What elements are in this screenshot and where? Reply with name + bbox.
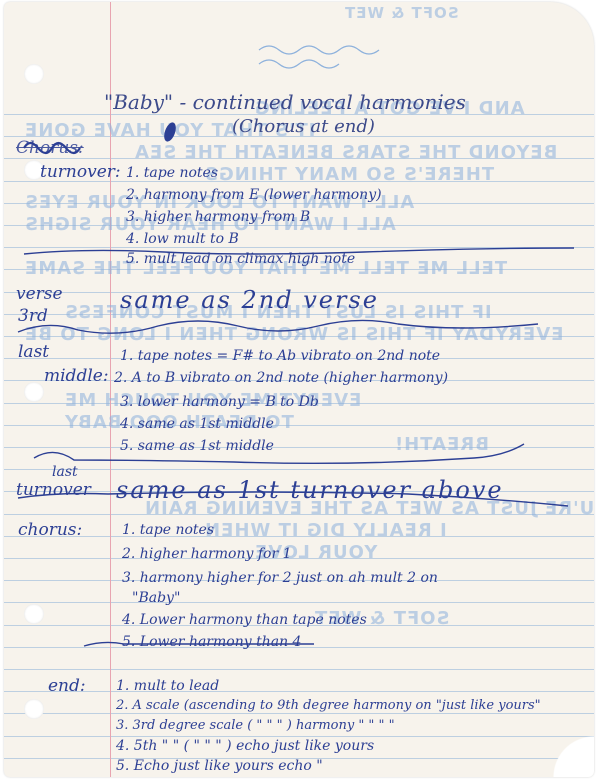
list-item: 1. tape notes = F# to Ab vibrato on 2nd … [120,348,440,364]
list-item: 5. same as 1st middle [120,438,274,454]
list-item: 2. A to B vibrato on 2nd note (higher ha… [114,370,448,386]
ruled-line [4,691,594,692]
bleed-line: BEYOND THE STARS BENEATH THE SEA [134,142,557,163]
section-label-verse: verse [16,284,63,304]
list-item: 3. lower harmony = B to Db [120,394,319,410]
section-text: same as 2nd verse [120,286,379,314]
list-item: 3. 3rd degree scale ( " " " ) harmony " … [116,718,395,733]
bleed-line: THERE'S SO MANY THINGS [204,164,494,185]
list-item: "Baby" [132,590,180,606]
bleed-line: I REALLY DIG IT WHEN [204,520,447,541]
list-item: 2. higher harmony for 1 [122,546,292,562]
notebook-page: SOFT & WET AND I'VE GOT A FEELING IT'S T… [4,2,594,777]
section-label-3rd: 3rd [18,306,48,326]
list-item: 5. Echo just like yours echo " [116,758,323,774]
section-label-last: last [18,342,49,362]
section-label-chorus: chorus: [18,520,82,540]
list-item: 5. Lower harmony than 4 [122,634,301,650]
bleed-line: EVERYDAY IF THIS IS WRONG THEN I LONG TO… [24,324,564,345]
list-item: 4. 5th " " ( " " " ) echo just like your… [116,738,374,754]
list-item: 1. tape notes [122,522,214,538]
list-item: 1. tape notes [126,165,218,181]
bleed-line: BREATH! [394,434,489,455]
binder-hole [24,699,44,719]
section-label-middle: middle: [44,366,109,386]
ruled-line [4,469,594,470]
page-title: "Baby" - continued vocal harmonies [104,90,466,114]
ruled-line [4,713,594,714]
reverse-header: SOFT & WET [344,4,459,22]
binder-hole [24,64,44,84]
list-item: 1. mult to lead [116,678,219,694]
binder-hole [24,604,44,624]
list-item: 4. Lower harmony than tape notes [122,612,367,628]
section-label-end: end: [48,676,86,696]
crossed-out-label: Chorus: [16,138,84,158]
ruled-line [4,669,594,670]
list-item: 4. low mult to B [126,231,239,247]
section-text: same as 1st turnover above [116,476,504,504]
list-item: 3. harmony higher for 2 just on ah mult … [122,570,438,586]
list-item: 2. harmony from E (lower harmony) [126,187,382,203]
section-label-turnover: turnover [16,480,91,500]
binder-hole [24,382,44,402]
ruled-line [4,247,594,248]
ruled-line [4,602,594,603]
page-subtitle: (Chorus at end) [232,116,375,137]
ruled-line [4,447,594,448]
list-item: 4. same as 1st middle [120,416,274,432]
list-item: 5. mult lead on climax high note [126,251,355,267]
list-item: 3. higher harmony from B [126,209,310,225]
ruled-line [4,736,594,737]
section-label-turnover: turnover: [40,162,121,182]
list-item: 2. A scale (ascending to 9th degree harm… [116,698,541,713]
section-label-last: last [52,464,78,480]
